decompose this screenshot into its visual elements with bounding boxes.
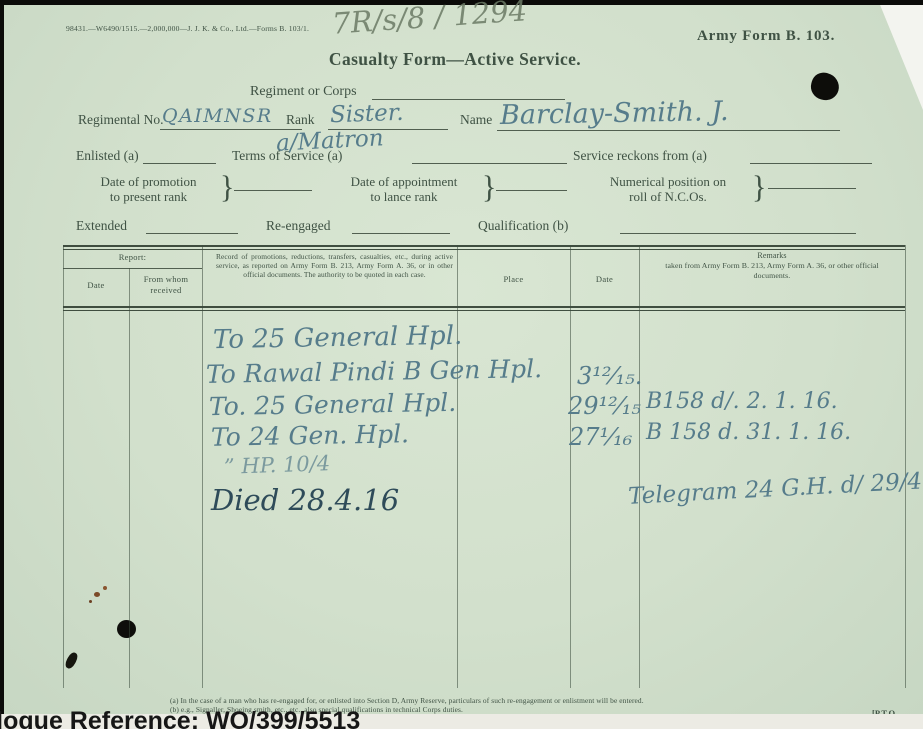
- date-entry: 3¹²⁄₁₅.: [577, 362, 642, 390]
- date-entry: 29¹²⁄₁₅: [568, 392, 641, 420]
- divider-date-remarks: [639, 245, 640, 688]
- report-underline: [63, 268, 202, 269]
- col-header-date: Date: [63, 280, 129, 290]
- table-right-border: [905, 245, 906, 688]
- form-title: Casualty Form—Active Service.: [280, 49, 630, 70]
- col-header-remarks-sub: taken from Army Form B. 213, Army Form A…: [662, 261, 882, 280]
- reengaged-underline: [352, 233, 450, 234]
- appointment-label-line2: to lance rank: [370, 189, 437, 204]
- name-underline: [497, 130, 840, 131]
- appointment-underline: [496, 190, 567, 191]
- extended-label: Extended: [76, 218, 127, 234]
- regimental-no-value: QAIMNSR: [162, 105, 273, 127]
- numerical-label-line2: roll of N.C.Os.: [629, 189, 707, 204]
- printer-imprint: 98431.—W6490/1515.—2,000,000—J. J. K. & …: [66, 24, 309, 33]
- remarks-entry: B 158 d. 31. 1. 16.: [646, 420, 851, 445]
- divider-record-place: [457, 245, 458, 688]
- qualification-label: Qualification (b): [478, 218, 568, 234]
- col-header-remarks-title: Remarks: [639, 251, 905, 260]
- appointment-brace: }: [482, 170, 496, 206]
- col-header-date-2: Date: [570, 274, 639, 284]
- numerical-brace: }: [752, 170, 766, 206]
- name-label: Name: [460, 112, 492, 128]
- qualification-underline: [620, 233, 856, 234]
- record-entry: To 24 Gen. Hpl.: [211, 419, 409, 451]
- rank-value: Sister.: [330, 100, 404, 129]
- divider-place-date: [570, 245, 571, 688]
- terms-underline: [412, 163, 567, 164]
- enlisted-underline: [143, 163, 216, 164]
- divider-date-fromwhom: [129, 268, 130, 688]
- promotion-brace: }: [220, 170, 234, 206]
- catalogue-reference: Catalogue Reference: WO/399/5513: [0, 707, 360, 729]
- promotion-label-line2: to present rank: [110, 189, 187, 204]
- promotion-label: Date of promotion to present rank: [76, 174, 221, 204]
- form-number: Army Form B. 103.: [697, 28, 835, 45]
- col-header-from-whom: From whom received: [131, 274, 201, 295]
- enlisted-label: Enlisted (a): [76, 148, 139, 164]
- name-value: Barclay-Smith. J.: [500, 96, 729, 131]
- table-top-rule-2: [63, 249, 905, 251]
- numerical-position-label: Numerical position on roll of N.C.Os.: [588, 174, 748, 204]
- table-left-border: [63, 245, 64, 688]
- date-entry: 27¹⁄₁₆: [569, 423, 632, 451]
- promotion-label-line1: Date of promotion: [100, 174, 196, 189]
- regiment-or-corps-label: Regiment or Corps: [250, 84, 357, 100]
- remarks-entry: B158 d/. 2. 1. 16.: [646, 389, 838, 414]
- record-entry: To. 25 General Hpl.: [209, 388, 457, 421]
- appointment-label: Date of appointment to lance rank: [328, 174, 480, 204]
- service-reckons-label: Service reckons from (a): [573, 148, 707, 164]
- footnote-a: (a) In the case of a man who has re-enga…: [170, 696, 860, 705]
- col-header-record: Record of promotions, reductions, transf…: [216, 252, 453, 280]
- numerical-label-line1: Numerical position on: [610, 174, 726, 189]
- stain-speckle: [103, 586, 107, 590]
- header-bottom-rule-2: [63, 310, 905, 312]
- rank-label: Rank: [286, 112, 315, 128]
- reckons-underline: [750, 163, 872, 164]
- col-header-place: Place: [457, 274, 570, 284]
- stain-speckle: [94, 592, 100, 597]
- table-top-rule: [63, 245, 905, 247]
- numerical-underline: [768, 188, 856, 189]
- reengaged-label: Re-engaged: [266, 218, 330, 234]
- punch-hole-icon: [117, 620, 136, 638]
- promotion-underline: [234, 190, 312, 191]
- record-entry: To Rawal Pindi B Gen Hpl.: [206, 354, 542, 389]
- regimental-no-label: Regimental No.: [78, 112, 163, 128]
- col-header-report: Report:: [63, 252, 202, 262]
- record-entry: ” HP. 10/4: [224, 451, 331, 479]
- record-entry: Died 28.4.16: [211, 483, 399, 517]
- header-bottom-rule: [63, 306, 905, 308]
- document-scan: 98431.—W6490/1515.—2,000,000—J. J. K. & …: [0, 0, 923, 729]
- extended-underline: [146, 233, 238, 234]
- appointment-label-line1: Date of appointment: [351, 174, 458, 189]
- record-entry: To 25 General Hpl.: [213, 321, 463, 355]
- divider-fromwhom-record: [202, 245, 203, 688]
- stain-speckle: [89, 600, 92, 603]
